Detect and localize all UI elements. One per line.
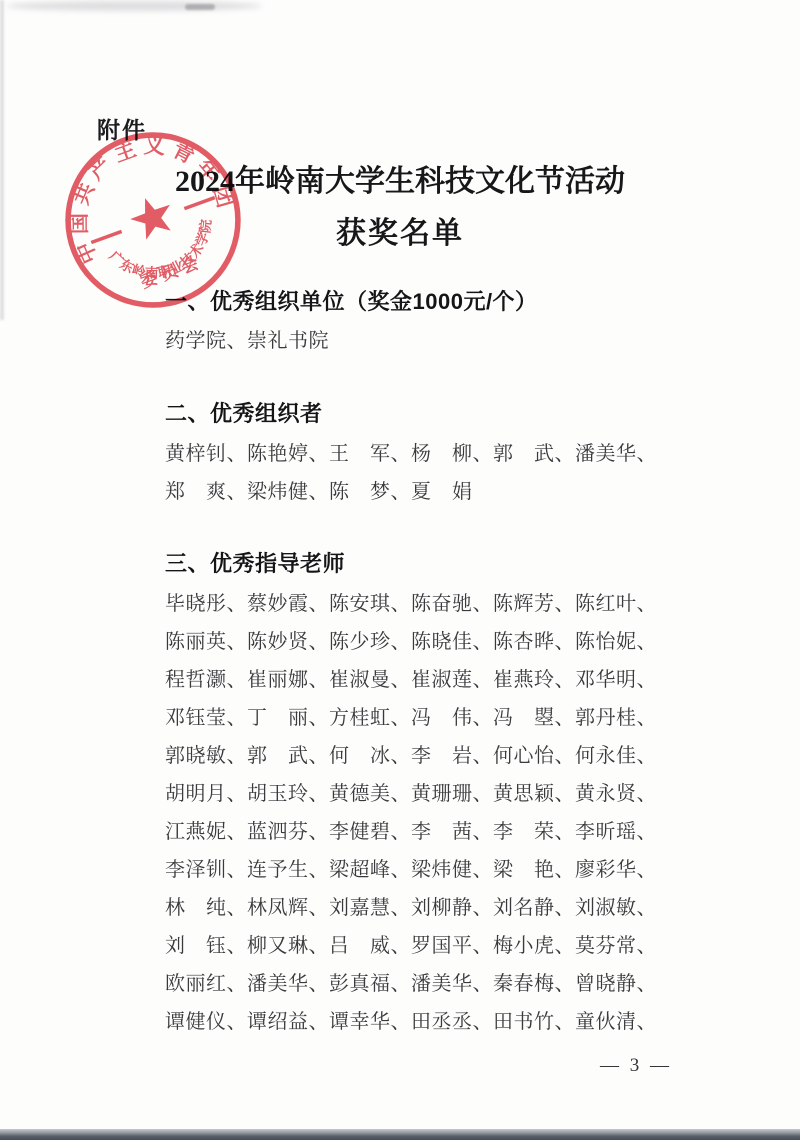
teacher-name-line: 欧丽红、潘美华、彭真福、潘美华、秦春梅、曾晓静、 [165,965,665,1003]
seal-left-dash [91,231,121,242]
teacher-name-line: 郭晓敏、郭 武、何 冰、李 岩、何心怡、何永佳、 [165,737,665,775]
organizer-name-line: 黄梓钊、陈艳婷、王 军、杨 柳、郭 武、潘美华、 [165,435,665,473]
teacher-name-line: 程哲灏、崔丽娜、崔淑曼、崔淑莲、崔燕玲、邓华明、 [165,661,665,699]
teacher-name-line: 江燕妮、蓝泗芬、李健碧、李 茜、李 荣、李昕瑶、 [165,813,665,851]
official-seal: 中国共产主义青年团 广东岭南职业技术学院 委员会 [63,127,243,309]
scanned-document-page: 附件 2024年岭南大学生科技文化节活动 获奖名单 中国共产主义青年团 广东岭南… [0,0,800,1140]
organizer-name-line: 郑 爽、梁炜健、陈 梦、夏 娟 [165,473,665,511]
section-1-body: 药学院、崇礼书院 [165,322,665,360]
section-3-body: 毕晓彤、蔡妙霞、陈安琪、陈奋驰、陈辉芳、陈红叶、 陈丽英、陈妙贤、陈少珍、陈晓佳… [165,585,665,1041]
teacher-name-line: 李泽钏、连予生、梁超峰、梁炜健、梁 艳、廖彩华、 [165,851,665,889]
scan-edge-bottom [0,1129,800,1140]
teacher-name-line: 林 纯、林凤辉、刘嘉慧、刘柳静、刘名静、刘淑敏、 [165,889,665,927]
section-3-heading: 三、优秀指导老师 [165,551,345,577]
section-2-body: 黄梓钊、陈艳婷、王 军、杨 柳、郭 武、潘美华、 郑 爽、梁炜健、陈 梦、夏 娟 [165,435,665,511]
teacher-name-line: 胡明月、胡玉玲、黄德美、黄珊珊、黄思颖、黄永贤、 [165,775,665,813]
teacher-name-line: 邓钰莹、丁 丽、方桂虹、冯 伟、冯 曌、郭丹桂、 [165,699,665,737]
teacher-name-line: 刘 钰、柳又琳、吕 威、罗国平、梅小虎、莫芬常、 [165,927,665,965]
section-2-heading: 二、优秀组织者 [165,401,323,427]
seal-bottom-text: 委员会 [138,251,206,292]
teacher-name-line: 谭健仪、谭绍益、谭幸华、田丞丞、田书竹、童伙清、 [165,1003,665,1041]
seal-right-dash [184,198,214,209]
scan-smudge-top [6,1,262,11]
teacher-name-line: 毕晓彤、蔡妙霞、陈安琪、陈奋驰、陈辉芳、陈红叶、 [165,585,665,623]
teacher-name-line: 陈丽英、陈妙贤、陈少珍、陈晓佳、陈杏晔、陈怡妮、 [165,623,665,661]
award-unit-line: 药学院、崇礼书院 [165,322,665,360]
scan-smudge-dash [185,4,215,10]
page-number: — 3 — [600,1055,672,1077]
red-star-icon [125,191,178,242]
